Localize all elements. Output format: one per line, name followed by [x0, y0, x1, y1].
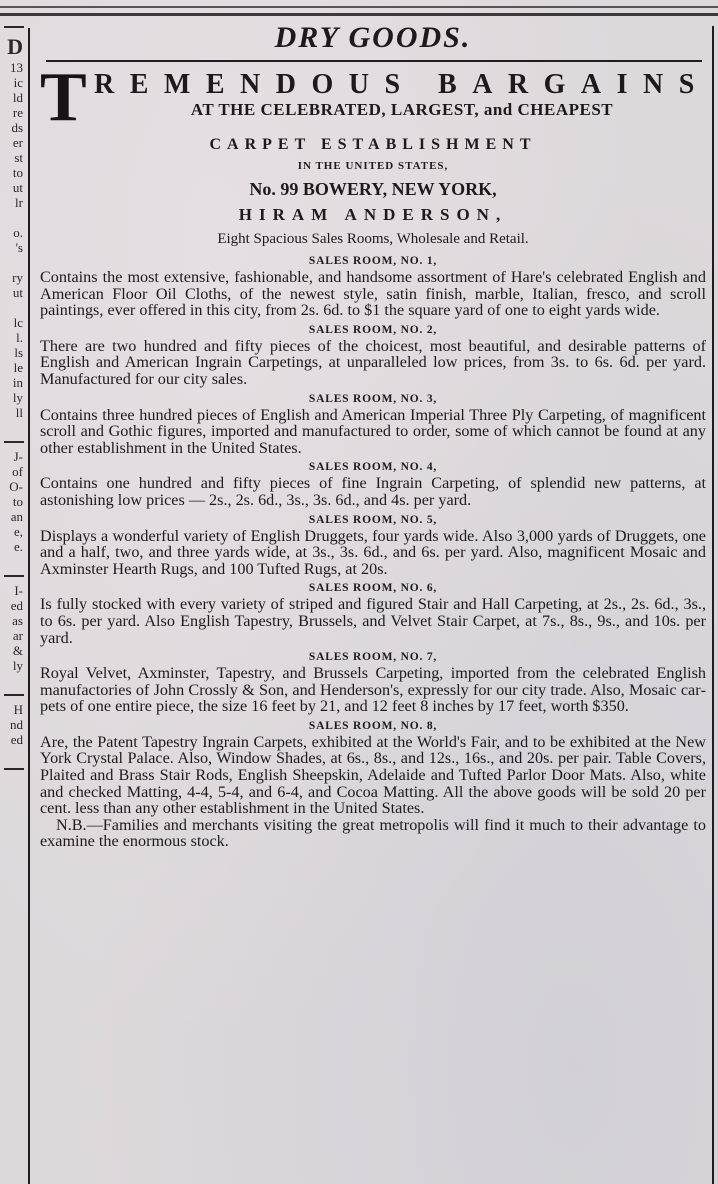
fragment: &: [0, 643, 26, 658]
room-heading: SALES ROOM, NO. 8,: [40, 719, 706, 734]
fragment: ic: [0, 75, 26, 90]
headline-location: IN THE UNITED STATES,: [40, 156, 706, 176]
fragment: of: [0, 464, 26, 479]
fragment: I-: [0, 583, 26, 598]
fragment: ls: [0, 345, 26, 360]
sales-room-8: SALES ROOM, NO. 8, Are, the Patent Tapes…: [40, 719, 706, 817]
fragment: [0, 747, 26, 762]
headline-subtitle: AT THE CELEBRATED, LARGEST, and CHEAPEST: [98, 100, 706, 120]
section-title: DRY GOODS.: [40, 18, 706, 60]
fragment: le: [0, 360, 26, 375]
fragment: ed: [0, 598, 26, 613]
fragment: ld: [0, 90, 26, 105]
room-heading: SALES ROOM, NO. 6,: [40, 581, 706, 596]
headline-main: REMENDOUS BARGAINS: [94, 70, 706, 100]
fragment: re: [0, 105, 26, 120]
fragment: J-: [0, 449, 26, 464]
column-divider: [4, 575, 24, 577]
room-description: Contains three hundred pieces of English…: [40, 407, 706, 457]
fragment: [0, 420, 26, 435]
fragment: [0, 554, 26, 569]
adjacent-column-fragments: D 13 ic ld re ds er st to ut lr o. 's ry…: [0, 20, 26, 1184]
column-rule-right: [712, 26, 714, 1184]
tagline: Eight Spacious Sales Rooms, Wholesale an…: [40, 228, 706, 250]
sales-room-4: SALES ROOM, NO. 4, Contains one hundred …: [40, 460, 706, 508]
headline-block: T REMENDOUS BARGAINS AT THE CELEBRATED, …: [40, 68, 706, 118]
fragment: as: [0, 613, 26, 628]
fragment: an: [0, 509, 26, 524]
fragment: [0, 673, 26, 688]
room-description: Is fully stocked with every variety of s…: [40, 596, 706, 646]
room-heading: SALES ROOM, NO. 3,: [40, 392, 706, 407]
column-rule-left: [28, 28, 30, 1184]
fragment: 13: [0, 60, 26, 75]
fragment: lr: [0, 195, 26, 210]
fragment: [0, 300, 26, 315]
headline-establishment: CARPET ESTABLISHMENT: [40, 134, 706, 156]
room-heading: SALES ROOM, NO. 7,: [40, 650, 706, 665]
fragment: er: [0, 135, 26, 150]
nota-bene: N.B.—Families and merchants visiting the…: [40, 817, 706, 850]
title-rule: [46, 60, 702, 62]
fragment: l.: [0, 330, 26, 345]
fragment: nd: [0, 717, 26, 732]
rule: [0, 6, 718, 8]
sales-room-5: SALES ROOM, NO. 5, Displays a wonderful …: [40, 513, 706, 578]
room-description: There are two hundred and fifty pieces o…: [40, 338, 706, 388]
sales-room-2: SALES ROOM, NO. 2, There are two hundred…: [40, 323, 706, 388]
fragment: ly: [0, 390, 26, 405]
advertisement: DRY GOODS. T REMENDOUS BARGAINS AT THE C…: [40, 18, 706, 850]
room-description: Displays a wonderful variety of English …: [40, 528, 706, 578]
sales-room-7: SALES ROOM, NO. 7, Royal Velvet, Axminst…: [40, 650, 706, 715]
fragment: ds: [0, 120, 26, 135]
drop-cap: T: [40, 68, 87, 128]
room-heading: SALES ROOM, NO. 4,: [40, 460, 706, 475]
room-description: Contains the most extensive, fashionable…: [40, 269, 706, 319]
fragment: in: [0, 375, 26, 390]
rule: [0, 13, 718, 16]
fragment: ut: [0, 285, 26, 300]
fragment: ll: [0, 405, 26, 420]
fragment: e.: [0, 539, 26, 554]
room-description: Are, the Patent Tapestry Ingrain Carpets…: [40, 734, 706, 817]
fragment: ut: [0, 180, 26, 195]
sales-room-6: SALES ROOM, NO. 6, Is fully stocked with…: [40, 581, 706, 646]
top-border-rules: [0, 4, 718, 18]
fragment: o.: [0, 225, 26, 240]
proprietor-name: HIRAM ANDERSON,: [40, 202, 706, 228]
sales-room-3: SALES ROOM, NO. 3, Contains three hundre…: [40, 392, 706, 457]
fragment: lc: [0, 315, 26, 330]
column-divider: [4, 768, 24, 770]
room-heading: SALES ROOM, NO. 1,: [40, 254, 706, 269]
fragment: ry: [0, 270, 26, 285]
room-description: Contains one hundred and fifty pieces of…: [40, 475, 706, 508]
fragment: H: [0, 702, 26, 717]
fragment: ly: [0, 658, 26, 673]
room-heading: SALES ROOM, NO. 5,: [40, 513, 706, 528]
fragment: [0, 255, 26, 270]
fragment: O-: [0, 479, 26, 494]
fragment: 's: [0, 240, 26, 255]
address: No. 99 BOWERY, NEW YORK,: [40, 176, 706, 202]
column-divider: [4, 441, 24, 443]
fragment: st: [0, 150, 26, 165]
sales-room-1: SALES ROOM, NO. 1, Contains the most ext…: [40, 254, 706, 319]
fragment: to: [0, 165, 26, 180]
column-divider: [4, 26, 24, 28]
fragment: to: [0, 494, 26, 509]
fragment: e,: [0, 524, 26, 539]
fragment: ar: [0, 628, 26, 643]
fragment: [0, 210, 26, 225]
fragment: ed: [0, 732, 26, 747]
column-divider: [4, 694, 24, 696]
room-description: Royal Velvet, Axminster, Tapestry, and B…: [40, 665, 706, 715]
room-heading: SALES ROOM, NO. 2,: [40, 323, 706, 338]
fragment: D: [0, 34, 26, 60]
